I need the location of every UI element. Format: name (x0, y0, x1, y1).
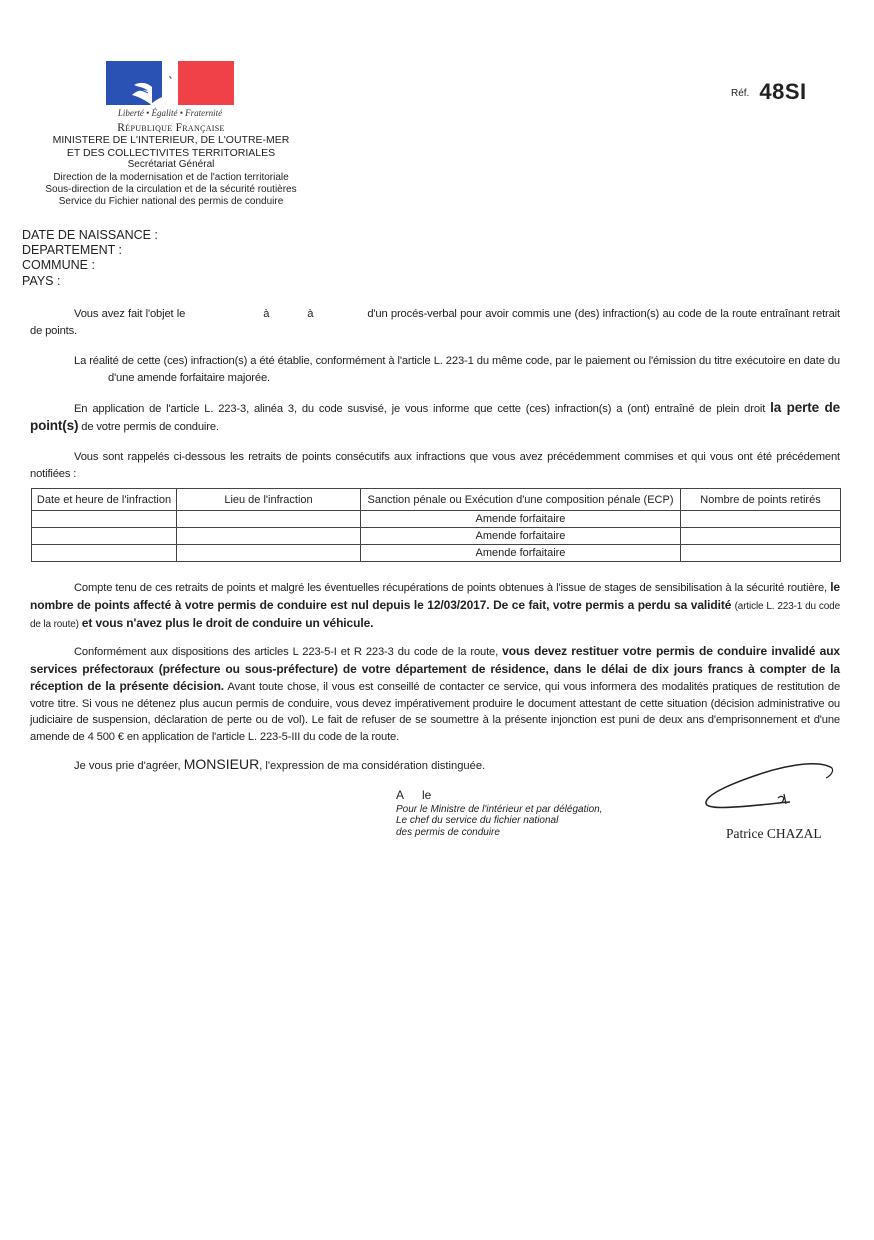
paragraph-restitution: Conformément aux dispositions des articl… (30, 643, 840, 745)
reference: Réf.48SI (731, 79, 807, 105)
header-date: Date et heure de l'infraction (32, 489, 177, 511)
cell-points (681, 545, 841, 562)
field-commune: COMMUNE : (22, 258, 158, 273)
cell-date (32, 545, 177, 562)
cell-sanction: Amende forfaitaire (361, 511, 681, 528)
place-date-line: Ale (396, 790, 602, 802)
cell-place (177, 545, 361, 562)
paragraph-previous: Vous sont rappelés ci-dessous les retrai… (30, 449, 840, 482)
issuer-direction: Direction de la modernisation et de l'ac… (30, 172, 312, 184)
signatory-name: Patrice CHAZAL (726, 826, 822, 842)
header-points: Nombre de points retirés (681, 489, 841, 511)
table-row: Amende forfaitaire (32, 528, 841, 545)
reference-value: 48SI (759, 79, 806, 104)
issuer-service: Service du Fichier national des permis d… (30, 196, 312, 208)
issuer-ministry-2: ET DES COLLECTIVITES TERRITORIALES (30, 147, 312, 159)
field-country: PAYS : (22, 274, 158, 289)
issuer-ministry-1: MINISTERE DE L'INTERIEUR, DE L'OUTRE-MER (30, 134, 312, 146)
delegation-line-2: Le chef du service du fichier national (396, 815, 602, 827)
table-header-row: Date et heure de l'infraction Lieu de l'… (32, 489, 841, 511)
issuer-block: République Française MINISTERE DE L'INTE… (30, 122, 312, 209)
cell-sanction: Amende forfaitaire (361, 528, 681, 545)
delegation-line-3: des permis de conduire (396, 827, 602, 839)
issuer-subdirection: Sous-direction de la circulation et de l… (30, 184, 312, 196)
cell-place (177, 511, 361, 528)
marianne-logo (106, 61, 234, 105)
closing-formula: Je vous prie d'agréer, MONSIEUR, l'expre… (74, 756, 485, 772)
paragraph-invalidity: Compte tenu de ces retraits de points et… (30, 579, 840, 634)
letter-page: Liberté • Égalité • Fraternité Républiqu… (0, 0, 874, 1240)
field-department: DEPARTEMENT : (22, 243, 158, 258)
marianne-flag-icon (106, 61, 234, 105)
cell-date (32, 511, 177, 528)
delegation-line-1: Pour le Ministre de l'intérieur et par d… (396, 804, 602, 816)
reference-label: Réf. (731, 88, 749, 99)
issuer-republic: République Française (30, 122, 312, 134)
cell-points (681, 528, 841, 545)
paragraph-established: La réalité de cette (ces) infraction(s) … (30, 353, 840, 386)
recipient-fields: DATE DE NAISSANCE : DEPARTEMENT : COMMUN… (22, 228, 158, 289)
cell-points (681, 511, 841, 528)
field-birth-date: DATE DE NAISSANCE : (22, 228, 158, 243)
issuer-secretariat: Secrétariat Général (30, 159, 312, 171)
points-table: Date et heure de l'infraction Lieu de l'… (31, 488, 841, 562)
cell-date (32, 528, 177, 545)
table-row: Amende forfaitaire (32, 545, 841, 562)
recipient-title: MONSIEUR (184, 756, 259, 772)
cell-sanction: Amende forfaitaire (361, 545, 681, 562)
header-place: Lieu de l'infraction (177, 489, 361, 511)
paragraph-infraction: Vous avez fait l'objet leààd'un procés-v… (30, 306, 840, 339)
motto: Liberté • Égalité • Fraternité (100, 108, 240, 118)
cell-place (177, 528, 361, 545)
table-row: Amende forfaitaire (32, 511, 841, 528)
handwritten-signature-icon (700, 758, 840, 818)
signature-block: Ale Pour le Ministre de l'intérieur et p… (396, 790, 602, 838)
paragraph-point-loss: En application de l'article L. 223-3, al… (30, 400, 840, 435)
header-sanction: Sanction pénale ou Exécution d'une compo… (361, 489, 681, 511)
